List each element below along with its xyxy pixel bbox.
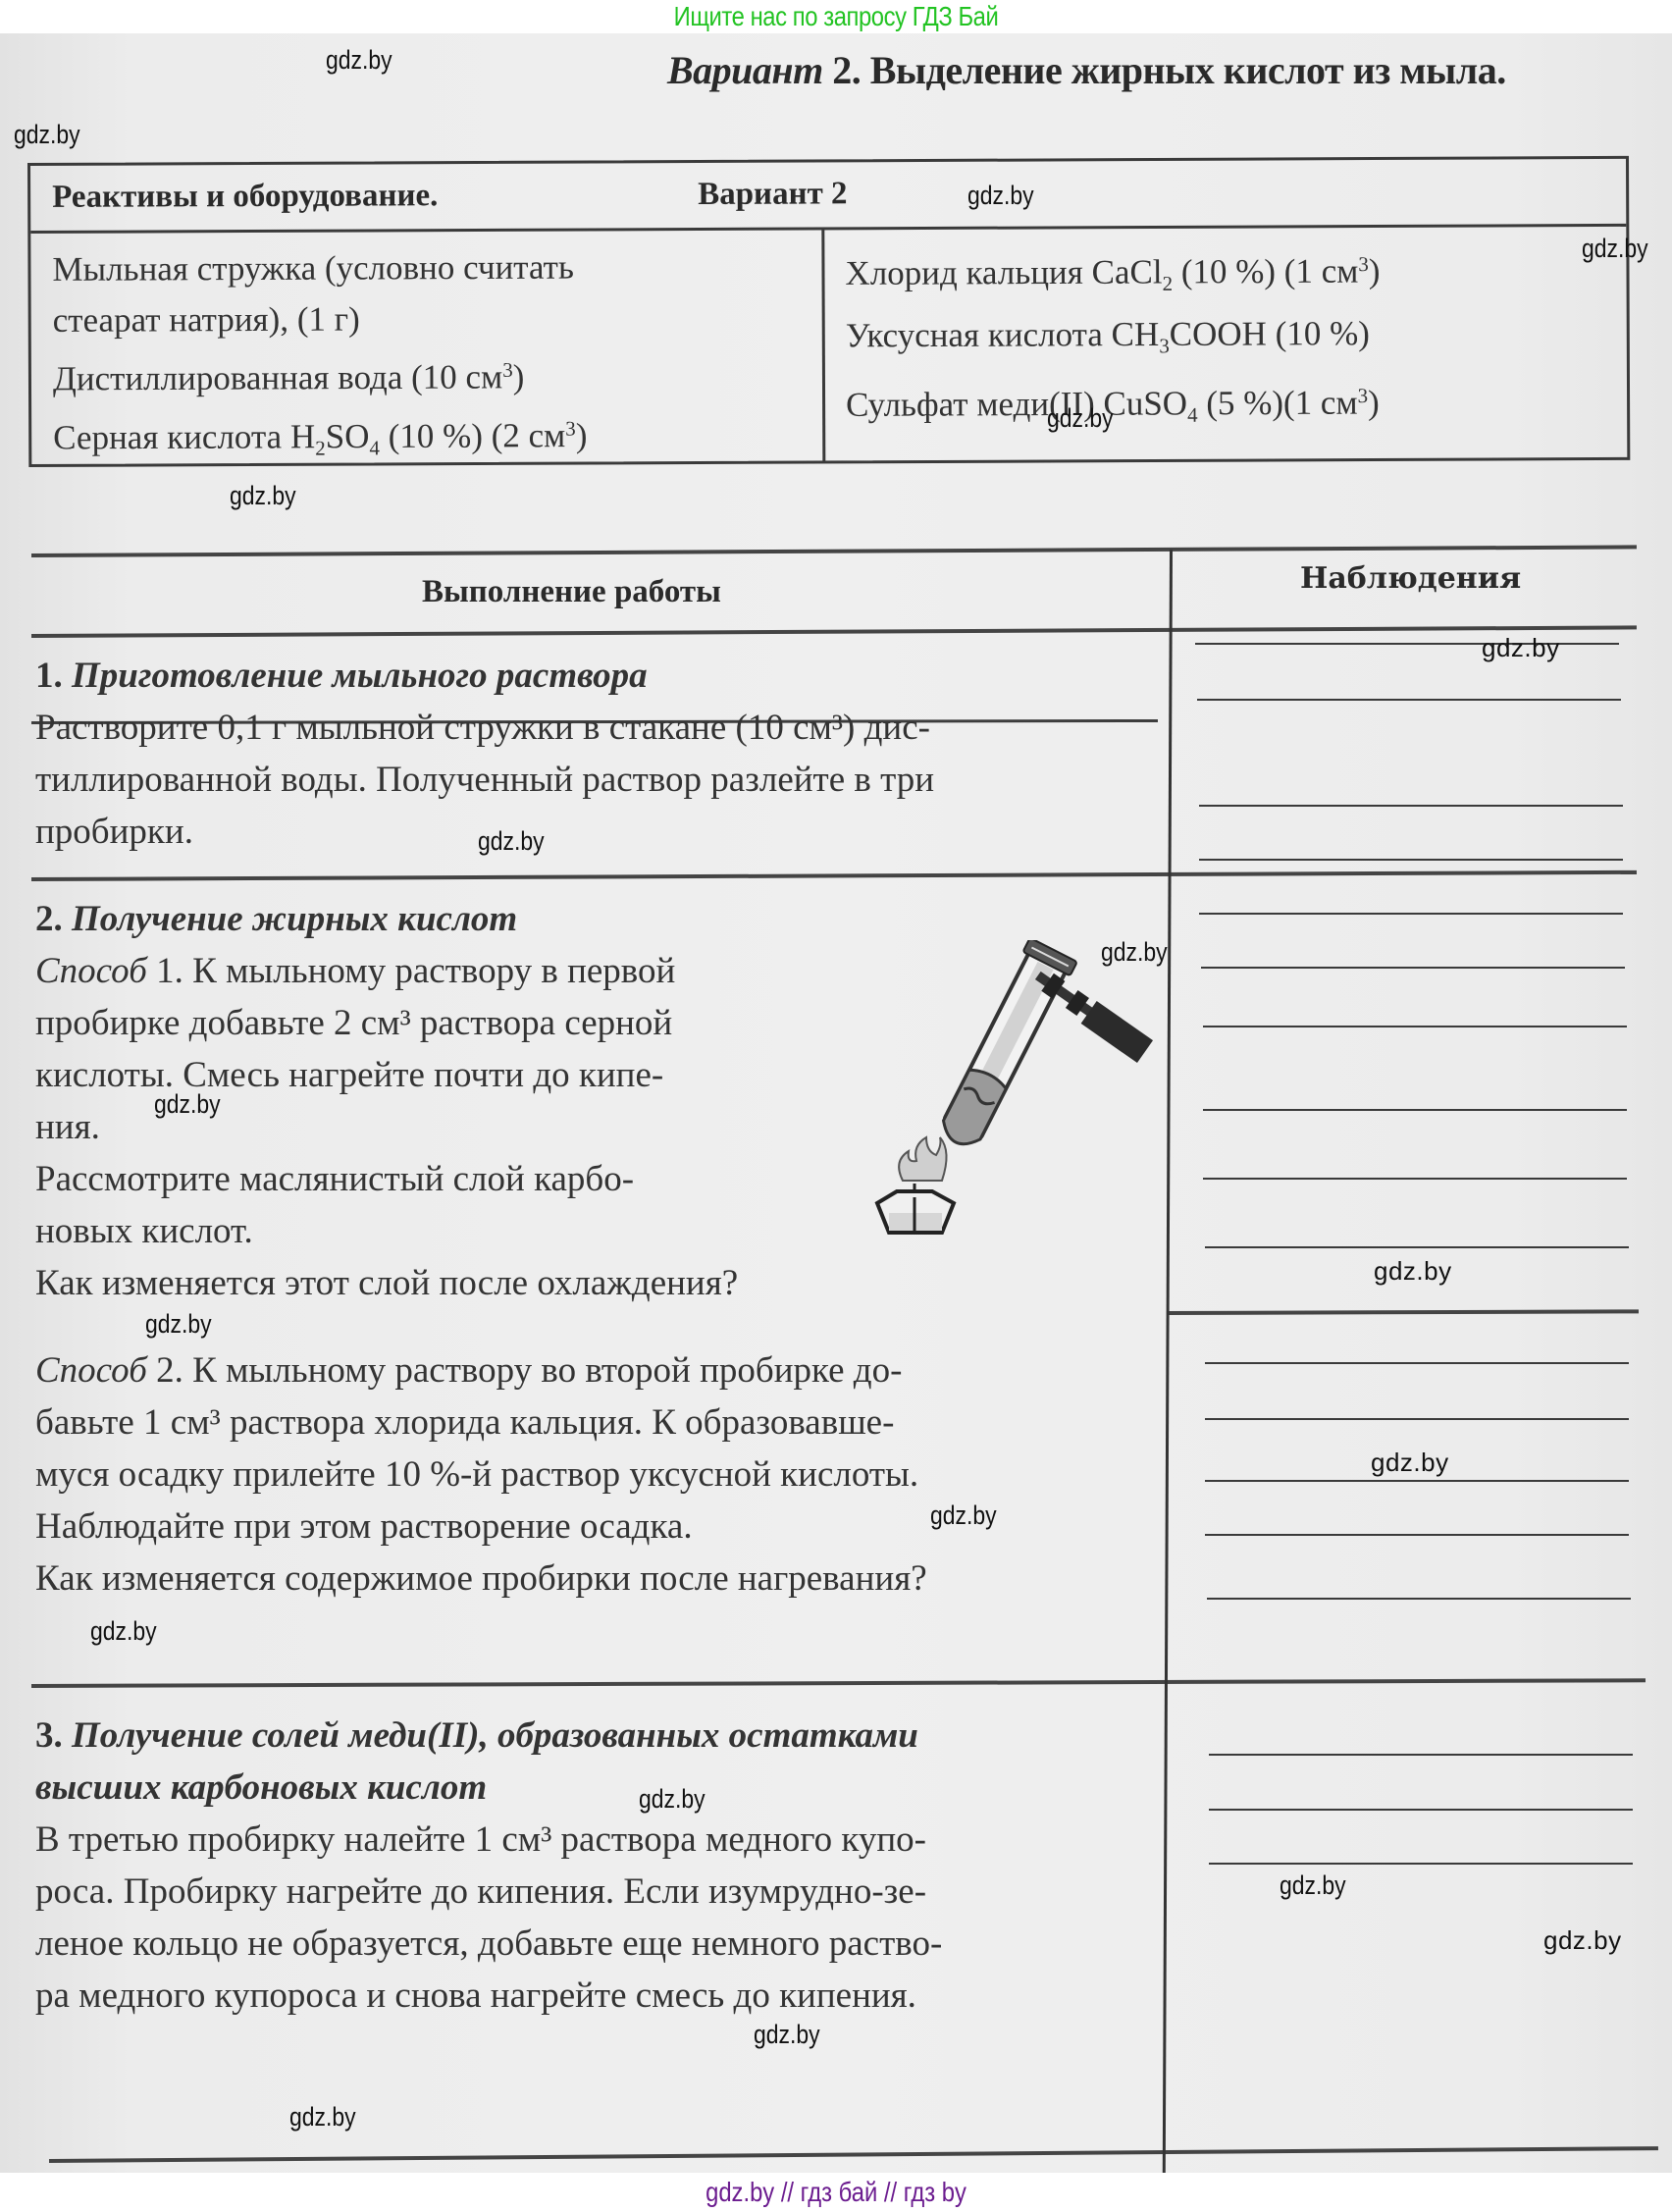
instruction-line: ра медного купороса и снова нагрейте сме…	[35, 1970, 942, 2022]
variant-label: Вариант	[667, 48, 823, 92]
instruction-line: Способ 1. К мыльному раствору в первой	[35, 945, 738, 997]
instruction-line: Способ 2. К мыльному раствору во второй …	[35, 1344, 927, 1396]
observation-line[interactable]	[1207, 1598, 1631, 1600]
column-divider	[821, 227, 825, 460]
instruction-line: Наблюдайте при этом растворение осадка.	[35, 1501, 927, 1553]
instruction-line: Рассмотрите маслянистый слой карбо-	[35, 1153, 738, 1205]
watermark: gdz.by	[639, 1784, 705, 1815]
variant-title-text: 2. Выделение жирных кислот из мыла.	[823, 48, 1506, 92]
observation-line[interactable]	[1209, 1809, 1633, 1811]
test-tube-over-spirit-lamp-icon	[863, 940, 1158, 1254]
observation-line[interactable]	[1209, 1754, 1633, 1756]
watermark: gdz.by	[289, 2102, 356, 2133]
top-banner: Ищите нас по запросу ГДЗ Бай	[126, 0, 1546, 33]
watermark: gdz.by	[1374, 1256, 1452, 1287]
instruction-line: тиллированной воды. Полученный раствор р…	[35, 754, 934, 806]
reagent-item: Дистиллированная вода (10 см3)	[53, 344, 587, 405]
observation-line[interactable]	[1203, 1178, 1627, 1180]
instruction-line: В третью пробирку налейте 1 см³ раствора…	[35, 1814, 942, 1866]
section-heading-cont: высших карбоновых кислот	[35, 1762, 942, 1814]
work-column-header: Выполнение работы	[422, 574, 721, 610]
watermark: gdz.by	[145, 1309, 212, 1340]
section-2: 2. Получение жирных кислот Способ 1. К м…	[35, 893, 738, 1309]
observation-line[interactable]	[1205, 1480, 1629, 1482]
instruction-line: муся осадку прилейте 10 %-й раствор уксу…	[35, 1448, 927, 1501]
observation-line[interactable]	[1205, 1418, 1629, 1420]
instruction-line: роса. Пробирку нагрейте до кипения. Если…	[35, 1866, 942, 1918]
watermark: gdz.by	[230, 481, 296, 511]
reagent-item: Мыльная стружка (условно считать	[52, 242, 586, 295]
watermark: gdz.by	[1582, 234, 1648, 264]
watermark: gdz.by	[1280, 1870, 1346, 1901]
reagent-item: стеарат натрия), (1 г)	[53, 293, 587, 346]
watermark: gdz.by	[1482, 633, 1560, 663]
watermark: gdz.by	[967, 181, 1034, 211]
observation-line[interactable]	[1205, 1362, 1629, 1364]
page-title: Вариант 2. Выделение жирных кислот из мы…	[667, 47, 1506, 93]
reagents-left-list: Мыльная стружка (условно считать стеарат…	[52, 242, 587, 475]
section-3: 3. Получение солей меди(II), образованны…	[35, 1710, 942, 2022]
watermark: gdz.by	[1371, 1448, 1449, 1478]
observation-line[interactable]	[1209, 1863, 1633, 1865]
reagent-item: Уксусная кислота CH3COOH (10 %)	[846, 308, 1381, 373]
reagents-header: Реактивы и оборудование.	[52, 178, 438, 216]
watermark: gdz.by	[1047, 403, 1114, 434]
instruction-line: пробирке добавьте 2 см³ раствора серной	[35, 997, 738, 1049]
observation-line[interactable]	[1203, 1109, 1627, 1111]
bottom-banner: gdz.by // гдз бай // гдз by	[126, 2173, 1546, 2212]
observation-line[interactable]	[1203, 1026, 1627, 1027]
variant-header: Вариант 2	[698, 176, 848, 213]
watermark: gdz.by	[1543, 1925, 1622, 1956]
section-heading: 3. Получение солей меди(II), образованны…	[35, 1710, 942, 1762]
instruction-line: новых кислот.	[35, 1205, 738, 1257]
instruction-line: леное кольцо не образуется, добавьте еще…	[35, 1918, 942, 1970]
instruction-line: кислоты. Смесь нагрейте почти до кипе-	[35, 1049, 738, 1101]
observation-line[interactable]	[1199, 805, 1623, 807]
observation-line[interactable]	[1205, 1246, 1629, 1248]
observation-line[interactable]	[1197, 699, 1621, 701]
question-line: Как изменяется содержимое пробирки после…	[35, 1553, 927, 1605]
instruction-line: ния.	[35, 1101, 738, 1153]
watermark: gdz.by	[754, 2020, 820, 2050]
watermark: gdz.by	[154, 1089, 221, 1120]
reagents-table: Реактивы и оборудование. Вариант 2 Мыльн…	[27, 156, 1630, 467]
watermark: gdz.by	[326, 45, 392, 76]
watermark: gdz.by	[478, 826, 545, 857]
observation-line[interactable]	[1199, 913, 1623, 915]
question-line: Как изменяется этот слой после охлаждени…	[35, 1257, 738, 1309]
reagent-item: Хлорид кальция CaCl2 (10 %) (1 см3)	[845, 238, 1380, 310]
observations-column-header: Наблюдения	[1300, 561, 1521, 596]
table-divider	[30, 224, 1626, 234]
watermark: gdz.by	[14, 120, 80, 150]
instruction-line: бавьте 1 см³ раствора хлорида кальция. К…	[35, 1396, 927, 1448]
watermark: gdz.by	[1101, 937, 1168, 968]
reagent-item: Серная кислота H2SO4 (10 %) (2 см3)	[53, 402, 588, 474]
watermark: gdz.by	[930, 1501, 997, 1531]
observation-line[interactable]	[1199, 859, 1623, 861]
section-heading: 2. Получение жирных кислот	[35, 893, 738, 945]
instruction-line: Растворите 0,1 г мыльной стружки в стака…	[35, 702, 934, 754]
section-2-method-2: Способ 2. К мыльному раствору во второй …	[35, 1344, 927, 1605]
section-heading: 1. Приготовление мыльного раствора	[35, 650, 934, 702]
observation-line[interactable]	[1205, 1534, 1629, 1536]
observation-line[interactable]	[1201, 967, 1625, 969]
watermark: gdz.by	[90, 1616, 157, 1647]
